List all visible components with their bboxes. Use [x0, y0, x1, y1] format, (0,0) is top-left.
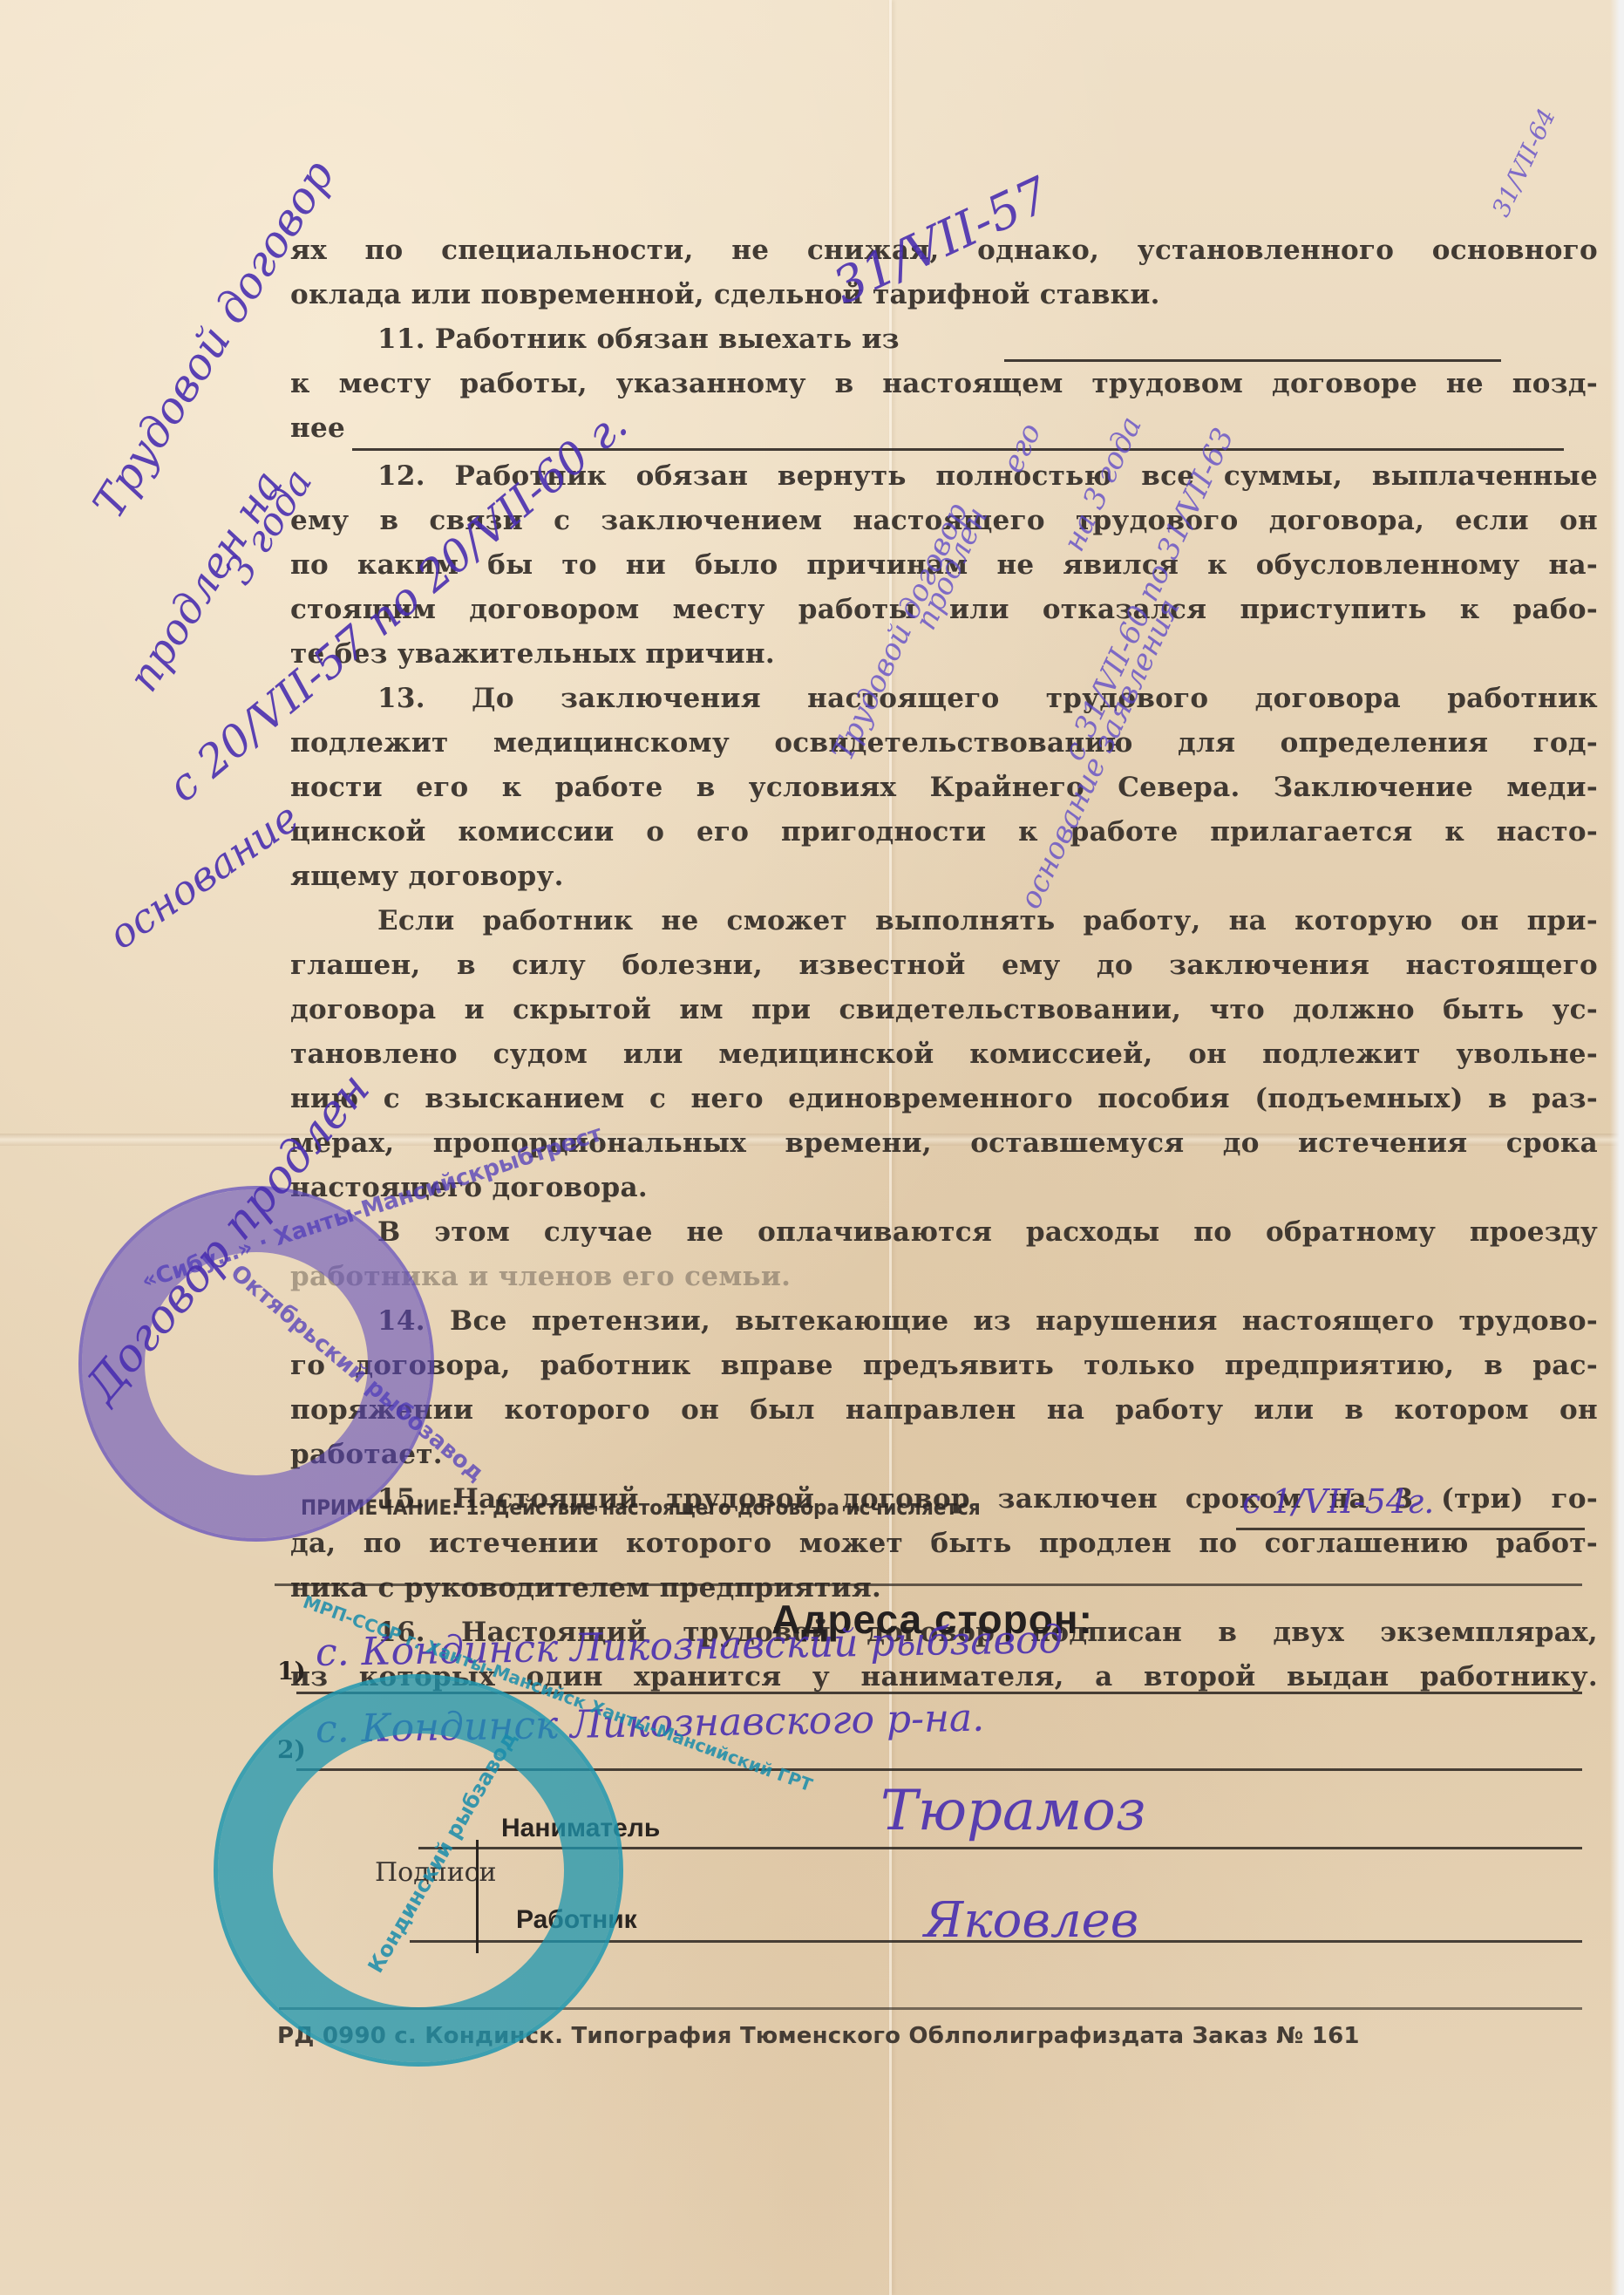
note-blank-line [1236, 1528, 1585, 1530]
worker-signature: Яковлев [924, 1892, 1138, 1949]
paragraph-13-line: подлежит медицинскому освидетельствовани… [290, 721, 1598, 766]
paragraph-11-text: 11. Работник обязан выехать из [377, 323, 900, 355]
paragraph-12-line: 12. Работник обязан вернуть полностью вс… [290, 454, 1598, 499]
paragraph-13-line: цинской комиссии о его пригодности к раб… [290, 810, 1598, 855]
paragraph-14-line: 14. Все претензии, вытекающие из нарушен… [290, 1299, 1598, 1344]
separator-line [275, 1583, 1582, 1586]
employer-signature: Тюрамоз [880, 1779, 1146, 1843]
paragraph-10-line: оклада или повременной, сдельной тарифно… [290, 273, 1598, 317]
paragraph-11-line: к месту работы, указанному в настоящем т… [290, 362, 1598, 406]
paragraph-13b-line: глашен, в силу болезни, известной ему до… [290, 943, 1598, 988]
paragraph-13b-line: нию с взысканием с него единовременного … [290, 1077, 1598, 1121]
paragraph-13b-line: договора и скрытой им при свидетельствов… [290, 988, 1598, 1032]
paragraph-13c-line: В этом случае не оплачиваются расходы по… [290, 1210, 1598, 1255]
paragraph-13c-line: работника и членов его семьи. [290, 1255, 1598, 1299]
scan-edge [1610, 0, 1624, 2295]
paragraph-13-line: ности его к работе в условиях Крайнего С… [290, 766, 1598, 810]
paragraph-11-text: нее [290, 412, 345, 444]
note-label: ПРИМЕЧАНИЕ: 1. Действие настоящего догов… [301, 1495, 981, 1520]
paragraph-14-line: поряжении которого он был направлен на р… [290, 1388, 1598, 1433]
paragraph-13b-line: тановлено судом или медицинской комиссие… [290, 1032, 1598, 1077]
deadline-blank [352, 422, 1564, 451]
paragraph-14-line: го договора, работник вправе предъявить … [290, 1344, 1598, 1388]
contract-body: ях по специальности, не снижая, однако, … [290, 228, 1598, 1699]
departure-place-blank [1004, 333, 1501, 362]
paragraph-11-line: 11. Работник обязан выехать из [290, 317, 1598, 362]
paragraph-12-line: те без уважительных причин. [290, 632, 1598, 677]
paragraph-13-line: 13. До заключения настоящего трудового д… [290, 677, 1598, 721]
address-1-number: 1) [277, 1657, 306, 1685]
paragraph-13b-line: Если работник не сможет выполнять работу… [290, 899, 1598, 943]
note-handwritten-date: с 1/VII-54г. [1242, 1482, 1434, 1521]
paragraph-14-line: работает. [290, 1433, 1598, 1477]
paragraph-11-line: нее [290, 406, 1598, 451]
paragraph-13-line: ящему договору. [290, 855, 1598, 899]
